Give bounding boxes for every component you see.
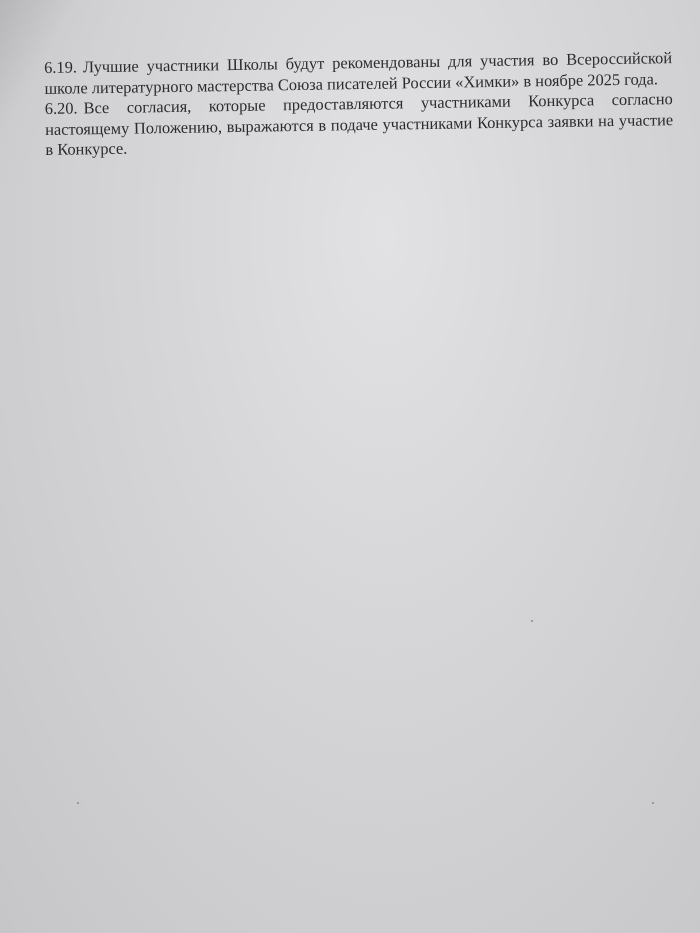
- paragraph-text: Все согласия, которые предоставляются уч…: [45, 89, 673, 159]
- paper-speck: [77, 802, 79, 804]
- paragraph-number: 6.19.: [44, 57, 77, 77]
- document-page: 6.19.Лучшие участники Школы будут рекоме…: [0, 0, 700, 933]
- paper-speck: [652, 802, 654, 804]
- document-text: 6.19.Лучшие участники Школы будут рекоме…: [44, 48, 674, 160]
- paragraph-number: 6.20.: [45, 98, 78, 118]
- paper-speck: [531, 620, 533, 622]
- paragraph-6-20: 6.20.Все согласия, которые предоставляют…: [45, 89, 674, 160]
